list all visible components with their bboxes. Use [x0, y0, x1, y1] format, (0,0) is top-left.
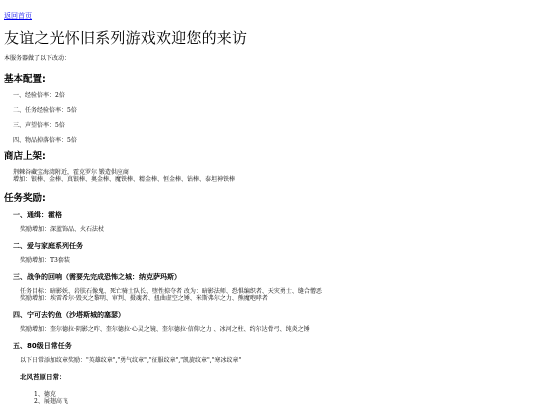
basic-config-section: 基本配置: 一、经验倍率：2倍 二、任务经验倍率：5倍 三、声望倍率：5倍 四、… — [4, 74, 536, 145]
daily-item: 1、德克 — [34, 391, 536, 398]
quest-title: 五、80级日常任务 — [13, 342, 536, 351]
quest-body: 任务目标：暗影妖、岩肤石像鬼、死亡骑士队长、堕性掠夺者 改为：暗影法师、恐惧编织… — [20, 288, 536, 302]
quest-title: 一、通缉：霍格 — [13, 211, 536, 220]
quest-line: 奖励增加：埃雷希尔·毁灭之黎明、审判、摄魂者、扭曲虚空之锤、米斯弗尔之力、熊魔咆… — [20, 295, 536, 302]
quest-line: 奖励增加：深蓝饰品、火石法杖 — [20, 226, 536, 233]
config-item: 一、经验倍率：2倍 — [13, 92, 536, 100]
quest-title: 四、宁可去钓鱼（沙塔斯城的塞瑟） — [13, 311, 536, 320]
basic-config-list: 一、经验倍率：2倍 二、任务经验倍率：5倍 三、声望倍率：5倍 四、物品掉落倍率… — [13, 92, 536, 145]
quest-title: 二、爱与家庭系列任务 — [13, 242, 536, 251]
quest-rewards-heading: 任务奖励: — [4, 193, 536, 205]
daily-heading: 北风苔原日常： — [20, 373, 536, 381]
shop-heading: 商店上架: — [4, 151, 536, 163]
daily-list: 1、德克 2、展翅高飞 — [34, 391, 536, 405]
intro-text: 本服务器做了以下改动： — [4, 55, 536, 63]
daily-item: 2、展翅高飞 — [34, 398, 536, 405]
basic-config-heading: 基本配置: — [4, 74, 536, 86]
page: 返回首页 友谊之光怀旧系列游戏欢迎您的来访 本服务器做了以下改动： 基本配置: … — [0, 0, 540, 405]
quest-body: 奖励增加：T3套装 — [20, 257, 536, 264]
quest-line: 任务目标：暗影妖、岩肤石像鬼、死亡骑士队长、堕性掠夺者 改为：暗影法师、恐惧编织… — [20, 288, 536, 295]
page-title: 友谊之光怀旧系列游戏欢迎您的来访 — [4, 29, 536, 47]
shop-text: 荆棘谷藏宝海湾附近，霍克罗尔 锻造供应商 增加：银棒、金棒、真银棒、奥金棒、魔铁… — [13, 169, 536, 183]
quest-line: 以下日常添加纹章奖励："英雄纹章","勇气纹章","征服纹章","凯旋纹章","… — [20, 357, 536, 364]
quest-body: 以下日常添加纹章奖励："英雄纹章","勇气纹章","征服纹章","凯旋纹章","… — [20, 357, 536, 364]
shop-line: 增加：银棒、金棒、真银棒、奥金棒、魔铁棒、精金棒、恒金棒、钻棒、泰坦神铁棒 — [13, 176, 536, 183]
shop-line: 荆棘谷藏宝海湾附近，霍克罗尔 锻造供应商 — [13, 169, 536, 176]
quest-body: 奖励增加：深蓝饰品、火石法杖 — [20, 226, 536, 233]
quest-line: 奖励增加：T3套装 — [20, 257, 536, 264]
config-item: 四、物品掉落倍率：5倍 — [13, 137, 536, 145]
quest-rewards-section: 任务奖励: 一、通缉：霍格 奖励增加：深蓝饰品、火石法杖 二、爱与家庭系列任务 … — [4, 193, 536, 405]
back-home-link[interactable]: 返回首页 — [4, 11, 32, 21]
quest-title: 三、战争的回响（需要先完成恐怖之城：纳克萨玛斯） — [13, 273, 536, 282]
shop-section: 商店上架: 荆棘谷藏宝海湾附近，霍克罗尔 锻造供应商 增加：银棒、金棒、真银棒、… — [4, 151, 536, 183]
config-item: 二、任务经验倍率：5倍 — [13, 107, 536, 115]
quest-line: 奖励增加：奎尔德拉·阴影之咋、奎尔德拉·心灵之镜、奎尔德拉·信仰之力 、冰河之柱… — [20, 326, 536, 333]
config-item: 三、声望倍率：5倍 — [13, 122, 536, 130]
quest-body: 奖励增加：奎尔德拉·阴影之咋、奎尔德拉·心灵之镜、奎尔德拉·信仰之力 、冰河之柱… — [20, 326, 536, 333]
